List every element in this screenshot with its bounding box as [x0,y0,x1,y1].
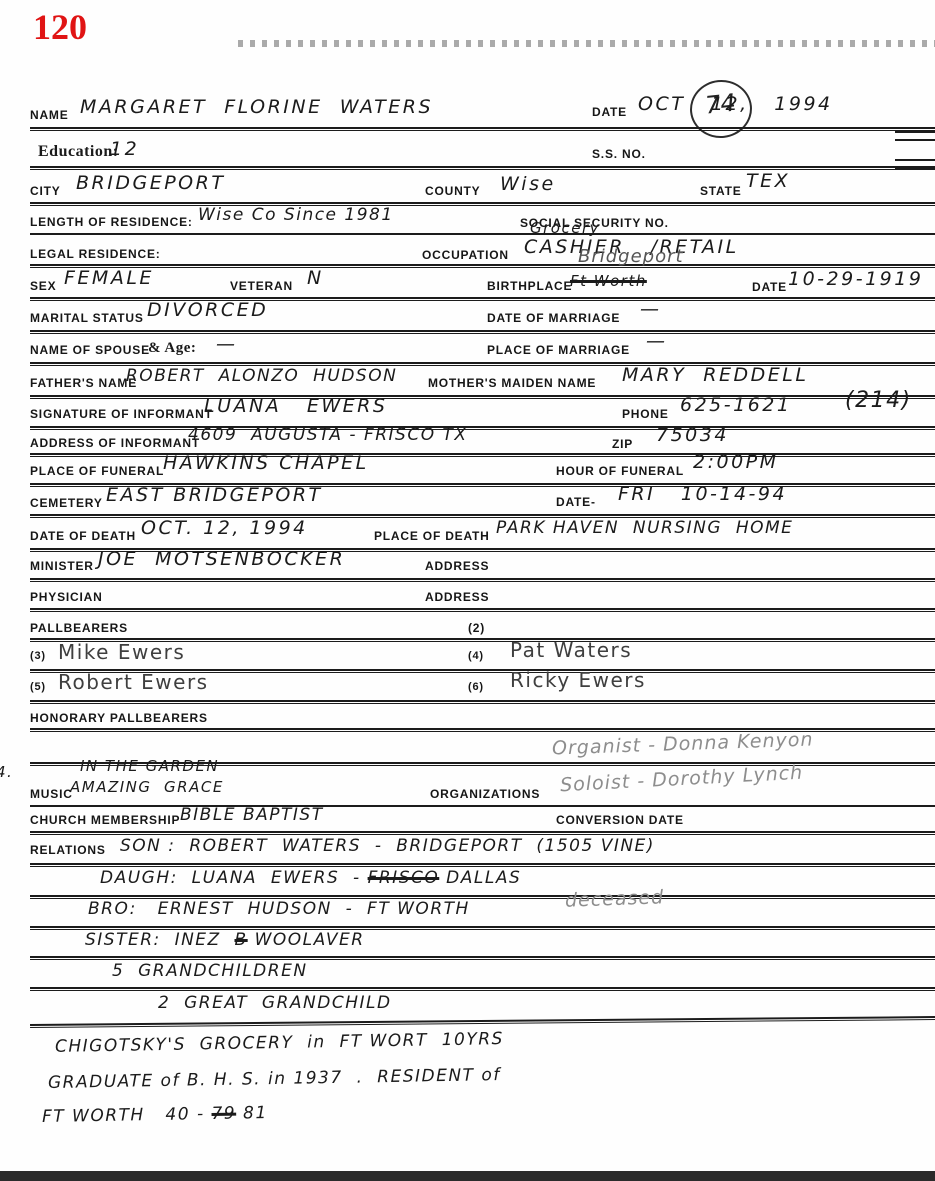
county-value: Wise [500,173,556,195]
soloist-note: Soloist - Dorothy Lynch [560,762,804,797]
place-of-marriage-label: PLACE OF MARRIAGE [487,343,630,357]
relation-daughter: DAUGH: LUANA EWERS - FRISCO DALLAS [100,868,521,888]
place-of-funeral-value: HAWKINS CHAPEL [163,452,369,474]
veteran-label: VETERAN [230,279,293,293]
music-line2: AMAZING GRACE [70,778,224,796]
legal-residence-label: LEGAL RESIDENCE: [30,247,161,261]
birthplace-label: BIRTHPLACE [487,279,572,293]
education-label: Education: [38,143,119,161]
relations-label: RELATIONS [30,843,106,857]
pallbearer-5-name: Robert Ewers [58,670,209,694]
occupation-note-above: Grocery [530,219,600,237]
phone-label: PHONE [622,407,669,421]
rule [30,956,935,958]
informant-signature-value: LUANA EWERS [204,395,387,417]
minister-value: JOE MOTSENBOCKER [98,548,345,570]
informant-address-value: 4609 AUGUSTA - FRISCO TX [188,425,468,445]
spouse-value: — [216,333,238,355]
relation-great-grandchildren: 2 GREAT GRANDCHILD [158,993,392,1013]
place-of-death-label: PLACE OF DEATH [374,529,490,543]
relation-grandchildren: 5 GRANDCHILDREN [112,961,308,981]
pallbearer-slot2-label: (2) [468,621,485,635]
rule [30,926,935,928]
place-of-marriage-value: — [646,330,668,352]
record-date-label: DATE [592,105,627,119]
hour-of-funeral-value: 2:00PM [693,451,779,473]
page-number-stamp: 120 [33,6,87,48]
residence-length-label: LENGTH OF RESIDENCE: [30,215,193,229]
note-line3-prefix: FT WORTH 40 - [42,1104,212,1127]
edge-mark [895,131,935,141]
city-label: CITY [30,184,61,198]
birth-date-label: DATE [752,280,787,294]
scanned-funeral-record: 120 74 NAME MARGARET FLORINE WATERS DATE… [0,0,935,1181]
spouse-label: NAME OF SPOUSE [30,343,150,357]
rule [30,805,935,807]
birth-date-value: 10-29-1919 [788,268,923,290]
organizations-label: ORGANIZATIONS [430,787,540,801]
state-label: STATE [700,184,742,198]
organist-note: Organist - Donna Kenyon [552,728,814,759]
rule [30,700,935,702]
birthplace-struck-value: Ft Worth [570,272,647,290]
veteran-value: N [307,267,324,289]
state-value: TEX [746,170,790,192]
church-membership-value: BIBLE BAPTIST [180,805,324,825]
minister-label: MINISTER [30,559,94,573]
pallbearer-6-name: Ricky Ewers [510,668,646,692]
record-date-value: OCT 12, 1994 [638,93,833,115]
pallbearer-4-name: Pat Waters [510,638,632,662]
phone-value: 625-1621 [680,394,791,416]
phone-area-code: (214) [845,388,912,413]
pallbearer-4-num: (4) [468,650,484,662]
sex-value: FEMALE [64,267,154,289]
scan-bottom-edge [0,1171,935,1181]
rule [30,987,935,989]
informant-signature-label: SIGNATURE OF INFORMANT [30,407,213,421]
note-line2: GRADUATE of B. H. S. in 1937 . RESIDENT … [48,1065,501,1093]
relation-sister-prefix: SISTER: INEZ [85,930,235,950]
funeral-date-value: FRI 10-14-94 [618,483,787,505]
music-line1: IN THE GARDEN [80,757,219,775]
rule [30,608,935,610]
relation-sister: SISTER: INEZ B WOOLAVER [85,930,365,950]
rule [30,514,935,516]
rule [30,1016,935,1026]
music-label: MUSIC [30,787,73,801]
city-value: BRIDGEPORT [76,172,225,194]
pallbearer-6-num: (6) [468,681,484,693]
spouse-age-label: & Age: [148,340,196,357]
edge-mark [895,159,935,169]
father-name-label: FATHER'S NAME [30,376,137,390]
pallbearers-label: PALLBEARERS [30,621,128,635]
rule [30,330,935,332]
honorary-pallbearers-label: HONORARY PALLBEARERS [30,711,208,725]
relation-daughter-prefix: DAUGH: LUANA EWERS - [100,868,368,888]
place-of-funeral-label: PLACE OF FUNERAL [30,464,164,478]
rule [30,863,935,865]
date-of-marriage-label: DATE OF MARRIAGE [487,311,620,325]
education-value: 12 [110,138,139,160]
occupation-label: OCCUPATION [422,248,509,262]
rule [30,895,935,897]
rule [30,233,935,235]
date-of-death-value: OCT. 12, 1994 [141,517,308,539]
cemetery-label: CEMETERY [30,496,103,510]
rule [30,426,935,428]
rule [30,202,935,204]
sex-label: SEX [30,279,56,293]
note-line3-suffix: 81 [236,1103,268,1124]
relation-daughter-struck: FRISCO [368,868,440,888]
margin-mark: 4. [0,763,13,781]
funeral-date-label: DATE- [556,495,596,509]
county-label: COUNTY [425,184,480,198]
mother-maiden-name-value: MARY REDDELL [622,364,808,386]
informant-address-label: ADDRESS OF INFORMANT [30,436,200,450]
rule [30,166,935,168]
place-of-death-value: PARK HAVEN NURSING HOME [496,518,793,538]
zip-label: ZIP [612,437,633,451]
relation-sister-struck: B [235,930,248,950]
cemetery-value: EAST BRIDGEPORT [106,484,323,506]
pallbearer-5-num: (5) [30,681,46,693]
hour-of-funeral-label: HOUR OF FUNERAL [556,464,684,478]
mother-maiden-name-label: MOTHER'S MAIDEN NAME [428,376,596,390]
conversion-date-label: CONVERSION DATE [556,813,684,827]
physician-label: PHYSICIAN [30,590,103,604]
note-line3: FT WORTH 40 - 79 81 [42,1103,268,1127]
marital-status-value: DIVORCED [147,299,268,321]
name-label: NAME [30,108,69,122]
rule [30,395,935,397]
minister-address-label: ADDRESS [425,559,489,573]
relation-sister-suffix: WOOLAVER [248,930,365,950]
date-of-death-label: DATE OF DEATH [30,529,136,543]
rule [30,127,935,129]
father-name-value: ROBERT ALONZO HUDSON [126,366,397,386]
birthplace-corrected-value: Bridgeport [578,246,684,267]
pallbearer-3-name: Mike Ewers [58,640,185,664]
date-of-marriage-value: — [640,298,662,320]
physician-address-label: ADDRESS [425,590,489,604]
relation-daughter-suffix: DALLAS [439,868,521,888]
church-membership-label: CHURCH MEMBERSHIP [30,813,180,827]
rule [30,831,935,833]
note-line1: CHIGOTSKY'S GROCERY in FT WORT 10YRS [55,1029,504,1057]
relation-brother-note: deceased [565,886,665,911]
relation-son: SON : ROBERT WATERS - BRIDGEPORT (1505 V… [120,836,655,856]
relation-brother: BRO: ERNEST HUDSON - FT WORTH [88,899,470,919]
name-value: MARGARET FLORINE WATERS [80,96,433,118]
pallbearer-3-num: (3) [30,650,46,662]
zip-value: 75034 [656,424,729,446]
rule [30,578,935,580]
rule [30,264,935,266]
perforation-strip [238,40,935,47]
ssno-label: S.S. NO. [592,147,646,161]
note-line3-struck: 79 [211,1104,236,1124]
marital-status-label: MARITAL STATUS [30,311,144,325]
residence-length-value: Wise Co Since 1981 [198,205,394,225]
